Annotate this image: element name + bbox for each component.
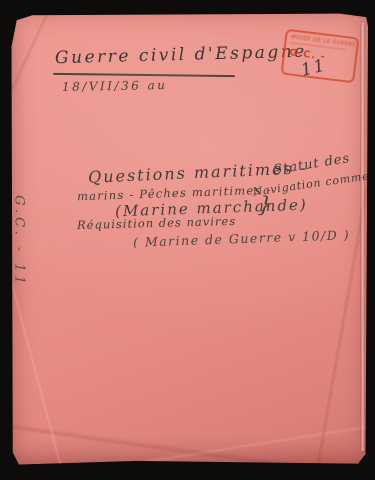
body-line-requisition: Réquisition des navires: [77, 214, 236, 232]
page-title: Guerre civil d'Espagne: [55, 42, 307, 69]
folder-cover: Guerre civil d'Espagne 18/VII/36 au MUSÉ…: [11, 13, 368, 465]
spine-label: G.C. - 11: [12, 193, 27, 291]
scanned-photo: Guerre civil d'Espagne 18/VII/36 au MUSÉ…: [0, 0, 375, 480]
date-line: 18/VII/36 au: [62, 78, 168, 94]
brace-mark: }: [257, 193, 273, 219]
body-line-reference: ( Marine de Guerre v 10/D ): [133, 227, 351, 250]
inner-pages-edge: [360, 23, 365, 451]
title-underline: [53, 73, 235, 77]
